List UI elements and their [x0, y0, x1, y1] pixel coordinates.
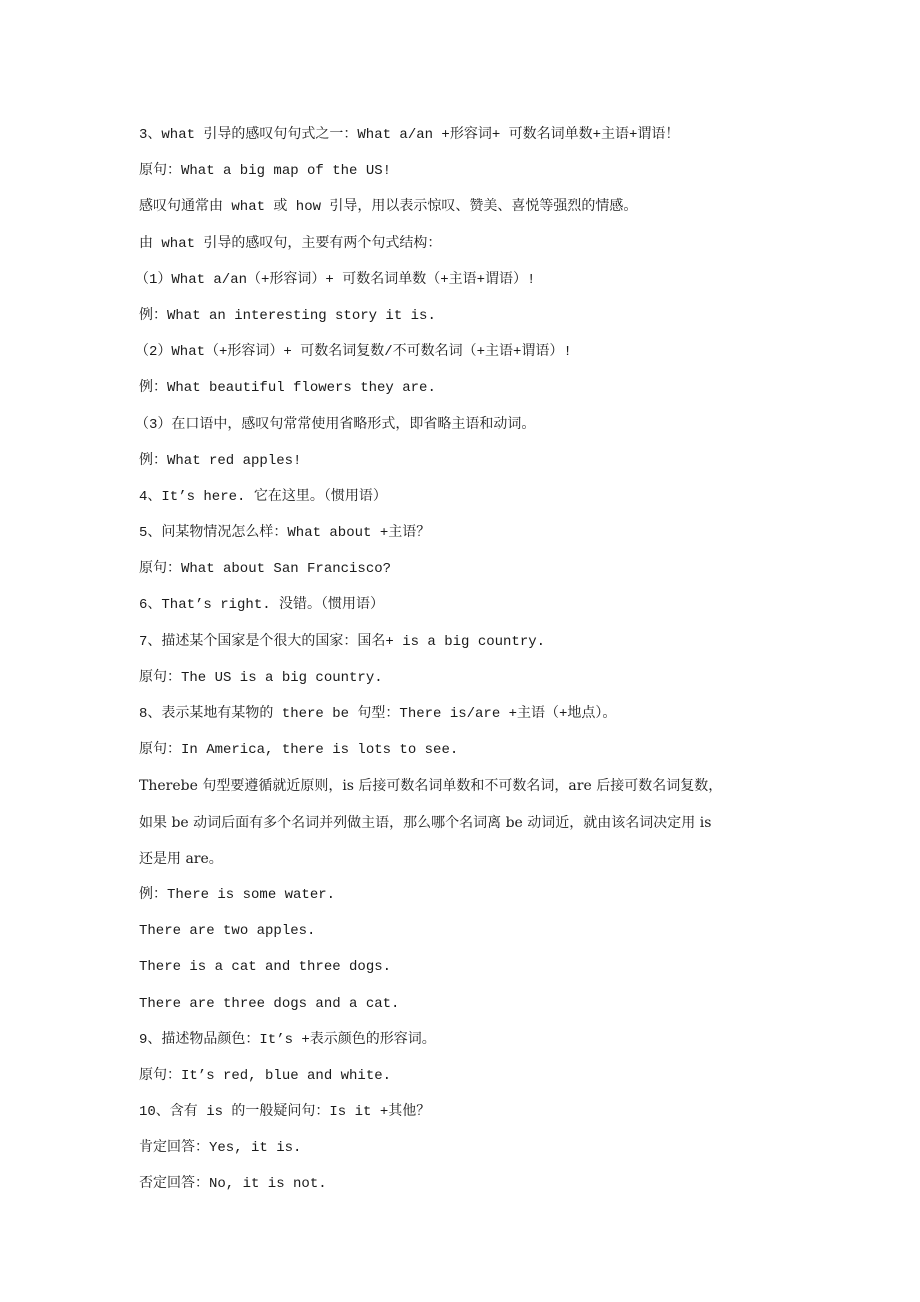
example-sentence: There is a cat and three dogs. [139, 949, 799, 985]
original-sentence: 原句：It’s red, blue and white. [139, 1058, 799, 1094]
example-sentence: 例：What beautiful flowers they are. [139, 370, 799, 406]
paragraph-text: 如果 be 动词后面有多个名词并列做主语，那么哪个名词离 be 动词近，就由该名… [139, 805, 799, 841]
original-sentence: 原句：In America, there is lots to see. [139, 732, 799, 768]
pattern-2: （2）What（+形容词）+ 可数名词复数/不可数名词（+主语+谓语）! [135, 334, 799, 370]
heading-item-6: 6、That’s right. 没错。（惯用语） [139, 587, 799, 623]
original-sentence: 原句：What a big map of the US! [139, 153, 799, 189]
paragraph-text: 感叹句通常由 what 或 how 引导，用以表示惊叹、赞美、喜悦等强烈的情感。 [139, 189, 799, 225]
heading-item-5: 5、问某物情况怎么样：What about +主语？ [139, 515, 799, 551]
heading-item-10: 10、含有 is 的一般疑问句：Is it +其他？ [139, 1094, 799, 1130]
pattern-1: （1）What a/an（+形容词）+ 可数名词单数（+主语+谓语）! [135, 262, 799, 298]
paragraph-text: Therebe 句型要遵循就近原则，is 后接可数名词单数和不可数名词，are … [139, 768, 799, 804]
original-sentence: 原句：What about San Francisco? [139, 551, 799, 587]
paragraph-text: 由 what 引导的感叹句，主要有两个句式结构： [139, 226, 799, 262]
document-page: 3、what 引导的感叹句句式之一：What a/an +形容词+ 可数名词单数… [139, 117, 799, 1203]
negative-answer: 否定回答：No, it is not. [139, 1166, 799, 1202]
heading-item-4: 4、It’s here. 它在这里。（惯用语） [139, 479, 799, 515]
example-sentence: There are two apples. [139, 913, 799, 949]
heading-item-7: 7、描述某个国家是个很大的国家：国名+ is a big country. [139, 624, 799, 660]
example-sentence: 例：There is some water. [139, 877, 799, 913]
example-sentence: There are three dogs and a cat. [139, 986, 799, 1022]
heading-item-8: 8、表示某地有某物的 there be 句型：There is/are +主语（… [139, 696, 799, 732]
affirmative-answer: 肯定回答：Yes, it is. [139, 1130, 799, 1166]
original-sentence: 原句：The US is a big country. [139, 660, 799, 696]
heading-item-9: 9、描述物品颜色：It’s +表示颜色的形容词。 [139, 1022, 799, 1058]
paragraph-text: 还是用 are。 [139, 841, 799, 877]
example-sentence: 例：What an interesting story it is. [139, 298, 799, 334]
pattern-3: （3）在口语中，感叹句常常使用省略形式，即省略主语和动词。 [135, 407, 799, 443]
heading-item-3: 3、what 引导的感叹句句式之一：What a/an +形容词+ 可数名词单数… [139, 117, 799, 153]
example-sentence: 例：What red apples! [139, 443, 799, 479]
